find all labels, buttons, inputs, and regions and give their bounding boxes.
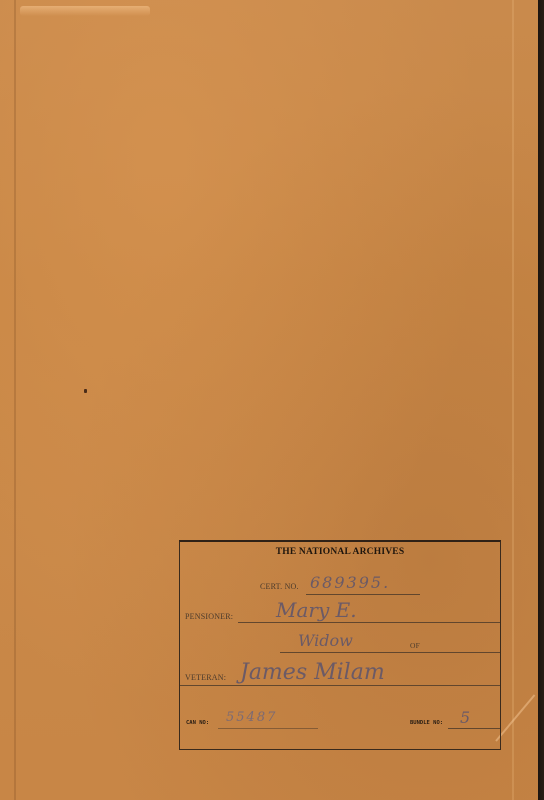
relation-value: Widow [298,631,353,650]
can-no-rule [218,728,318,729]
relation-rule [280,652,500,653]
pensioner-rule [238,622,500,623]
cert-no-value: 689395. [310,573,390,592]
can-no-value: 55487 [226,710,277,725]
relation-suffix: OF [410,641,420,650]
veteran-label: VETERAN: [185,673,226,682]
left-fold-line [14,0,16,800]
folder-cover: THE NATIONAL ARCHIVES CERT. NO. 689395. … [0,0,538,800]
bundle-no-rule [448,728,500,729]
label-title: THE NATIONAL ARCHIVES [180,547,500,557]
cert-no-label: CERT. NO. [260,582,299,591]
cert-no-rule [306,594,420,595]
folder-right-edge-shadow [538,0,544,800]
archive-label: THE NATIONAL ARCHIVES CERT. NO. 689395. … [179,540,501,750]
paper-speck [84,389,87,393]
can-no-label: CAN NO: [186,720,209,726]
pensioner-value: Mary E. [276,598,357,622]
veteran-rule [180,685,500,686]
top-crease [20,6,150,16]
corner-crease [495,694,535,741]
bundle-no-label: BUNDLE NO: [410,720,443,726]
veteran-value: James Milam [240,660,385,685]
right-fold-line [512,0,514,800]
bundle-no-value: 5 [460,708,470,727]
pensioner-label: PENSIONER: [185,612,233,621]
